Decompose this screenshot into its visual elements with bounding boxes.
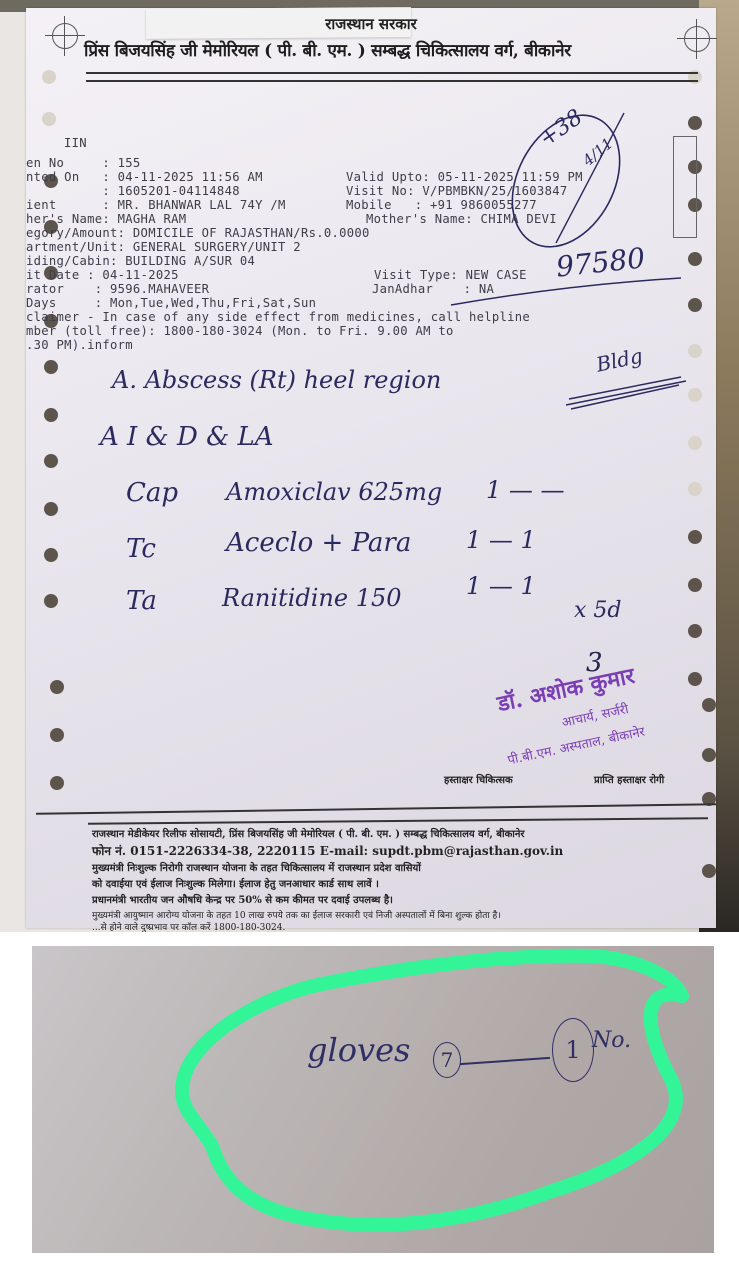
arrow-stroke-icon xyxy=(446,270,686,310)
punch-hole xyxy=(50,680,64,694)
footer-society: राजस्थान मेडीकेयर रिलीफ सोसायटी, प्रिंस … xyxy=(92,826,525,840)
hospital-heading: प्रिंस बिजयसिंह जी मेमोरियल ( पी. बी. एम… xyxy=(84,38,704,61)
rx-dose: 1 — 1 xyxy=(466,526,536,554)
punch-hole xyxy=(688,672,702,686)
footer-scheme-2: को दवाईया एवं ईलाज निःशुल्क मिलेगा। ईलाज… xyxy=(92,876,379,890)
disclaimer-line-3: .30 PM).inform xyxy=(26,338,133,352)
punch-hole xyxy=(44,594,58,608)
registration-number: en No : 155 xyxy=(26,156,141,170)
building-cabin: iding/Cabin: BUILDING A/SUR 04 xyxy=(26,254,255,268)
category-amount: egory/Amount: DOMICILE OF RAJASTHAN/Rs.0… xyxy=(26,226,370,240)
punch-hole xyxy=(44,548,58,562)
punch-hole xyxy=(50,776,64,790)
punch-hole xyxy=(44,502,58,516)
footer-helpline: ...से होने वाले दुष्प्रभाव पर कॉल करें 1… xyxy=(92,920,285,932)
gloves-note-photo: gloves 7 1 No. xyxy=(32,946,714,1253)
punch-hole xyxy=(688,482,702,496)
printer-feed-box xyxy=(673,136,697,238)
circled-quantity-1: 1 xyxy=(552,1018,594,1082)
header-rule xyxy=(86,80,698,82)
rx-form: Tc xyxy=(126,534,156,564)
punch-hole xyxy=(688,578,702,592)
footer-rule xyxy=(88,817,708,824)
highlight-circle-icon xyxy=(32,946,714,1253)
disclaimer-line-2: mber (toll free): 1800-180-3024 (Mon. to… xyxy=(26,324,454,338)
doctor-signature: 3 xyxy=(586,648,603,678)
punch-hole xyxy=(42,112,56,126)
punch-hole xyxy=(688,344,702,358)
rx-drug: Amoxiclav 625mg xyxy=(226,478,442,506)
punch-hole xyxy=(688,436,702,450)
header-rule xyxy=(86,72,698,74)
patient-name: ient : MR. BHANWAR LAL 74Y /M xyxy=(26,198,286,212)
quantity-suffix: No. xyxy=(592,1028,631,1053)
punch-hole xyxy=(44,454,58,468)
punch-hole xyxy=(702,698,716,712)
punch-hole xyxy=(688,624,702,638)
rx-dose: 1 — — xyxy=(486,476,565,504)
prescription-paper: राजस्थान सरकार प्रिंस बिजयसिंह जी मेमोरि… xyxy=(26,8,716,928)
rx-duration: x 5d xyxy=(574,598,621,623)
procedure-line: A I & D & LA xyxy=(100,422,274,452)
rx-drug: Ranitidine 150 xyxy=(222,584,402,612)
underline-stroke-icon xyxy=(561,373,691,413)
doctor-stamp-hospital: पी.बी.एम. अस्पताल, बीकानेर xyxy=(506,722,647,769)
diagnosis-line: A. Abscess (Rt) heel region xyxy=(112,366,441,394)
punch-hole xyxy=(44,408,58,422)
punch-hole xyxy=(688,252,702,266)
footer-contact: फोन नं. 0151-2226334-38, 2220115 E-mail:… xyxy=(92,842,563,859)
punch-hole xyxy=(688,116,702,130)
prescription-photo: राजस्थान सरकार प्रिंस बिजयसिंह जी मेमोरि… xyxy=(0,0,739,932)
doctor-signature-label: हस्ताक्षर चिकित्सक xyxy=(444,772,513,786)
punch-hole xyxy=(688,530,702,544)
footer-scheme-1: मुख्यमंत्री निःशुल्क निरोगी राजस्थान योज… xyxy=(92,860,421,874)
rx-form: Ta xyxy=(126,586,157,616)
rx-form: Cap xyxy=(126,478,178,508)
punch-hole xyxy=(50,728,64,742)
patient-signature-label: प्राप्ति हस्ताक्षर रोगी xyxy=(594,772,664,786)
punch-hole xyxy=(702,864,716,878)
gloves-note: gloves xyxy=(307,1031,410,1069)
handwritten-bldg: Bldg xyxy=(594,343,645,376)
created-on: nted On : 04-11-2025 11:56 AM xyxy=(26,170,263,184)
department-unit: artment/Unit: GENERAL SURGERY/UNIT 2 xyxy=(26,240,301,254)
disclaimer-line-1: claimer - In case of any side effect fro… xyxy=(26,310,530,324)
punch-hole xyxy=(42,70,56,84)
visit-date: it Date : 04-11-2025 xyxy=(26,268,179,282)
rx-dose: 1 — 1 xyxy=(466,572,536,600)
opd-days: Days : Mon,Tue,Wed,Thu,Fri,Sat,Sun xyxy=(26,296,316,310)
rx-drug: Aceclo + Para xyxy=(226,528,411,558)
patient-id: : 1605201-04114848 xyxy=(26,184,240,198)
print-marker: IIN xyxy=(64,136,87,150)
punch-hole xyxy=(702,748,716,762)
father-name: her's Name: MAGHA RAM xyxy=(26,212,186,226)
government-heading: राजस्थान सरकार xyxy=(26,14,716,34)
punch-hole xyxy=(688,298,702,312)
circled-quantity-7: 7 xyxy=(433,1042,461,1078)
footer-rule xyxy=(36,803,716,814)
footer-jan-aushadhi: प्रधानमंत्री भारतीय जन औषधि केन्द्र पर 5… xyxy=(92,892,393,906)
punch-hole xyxy=(44,360,58,374)
operator: rator : 9596.MAHAVEER xyxy=(26,282,209,296)
